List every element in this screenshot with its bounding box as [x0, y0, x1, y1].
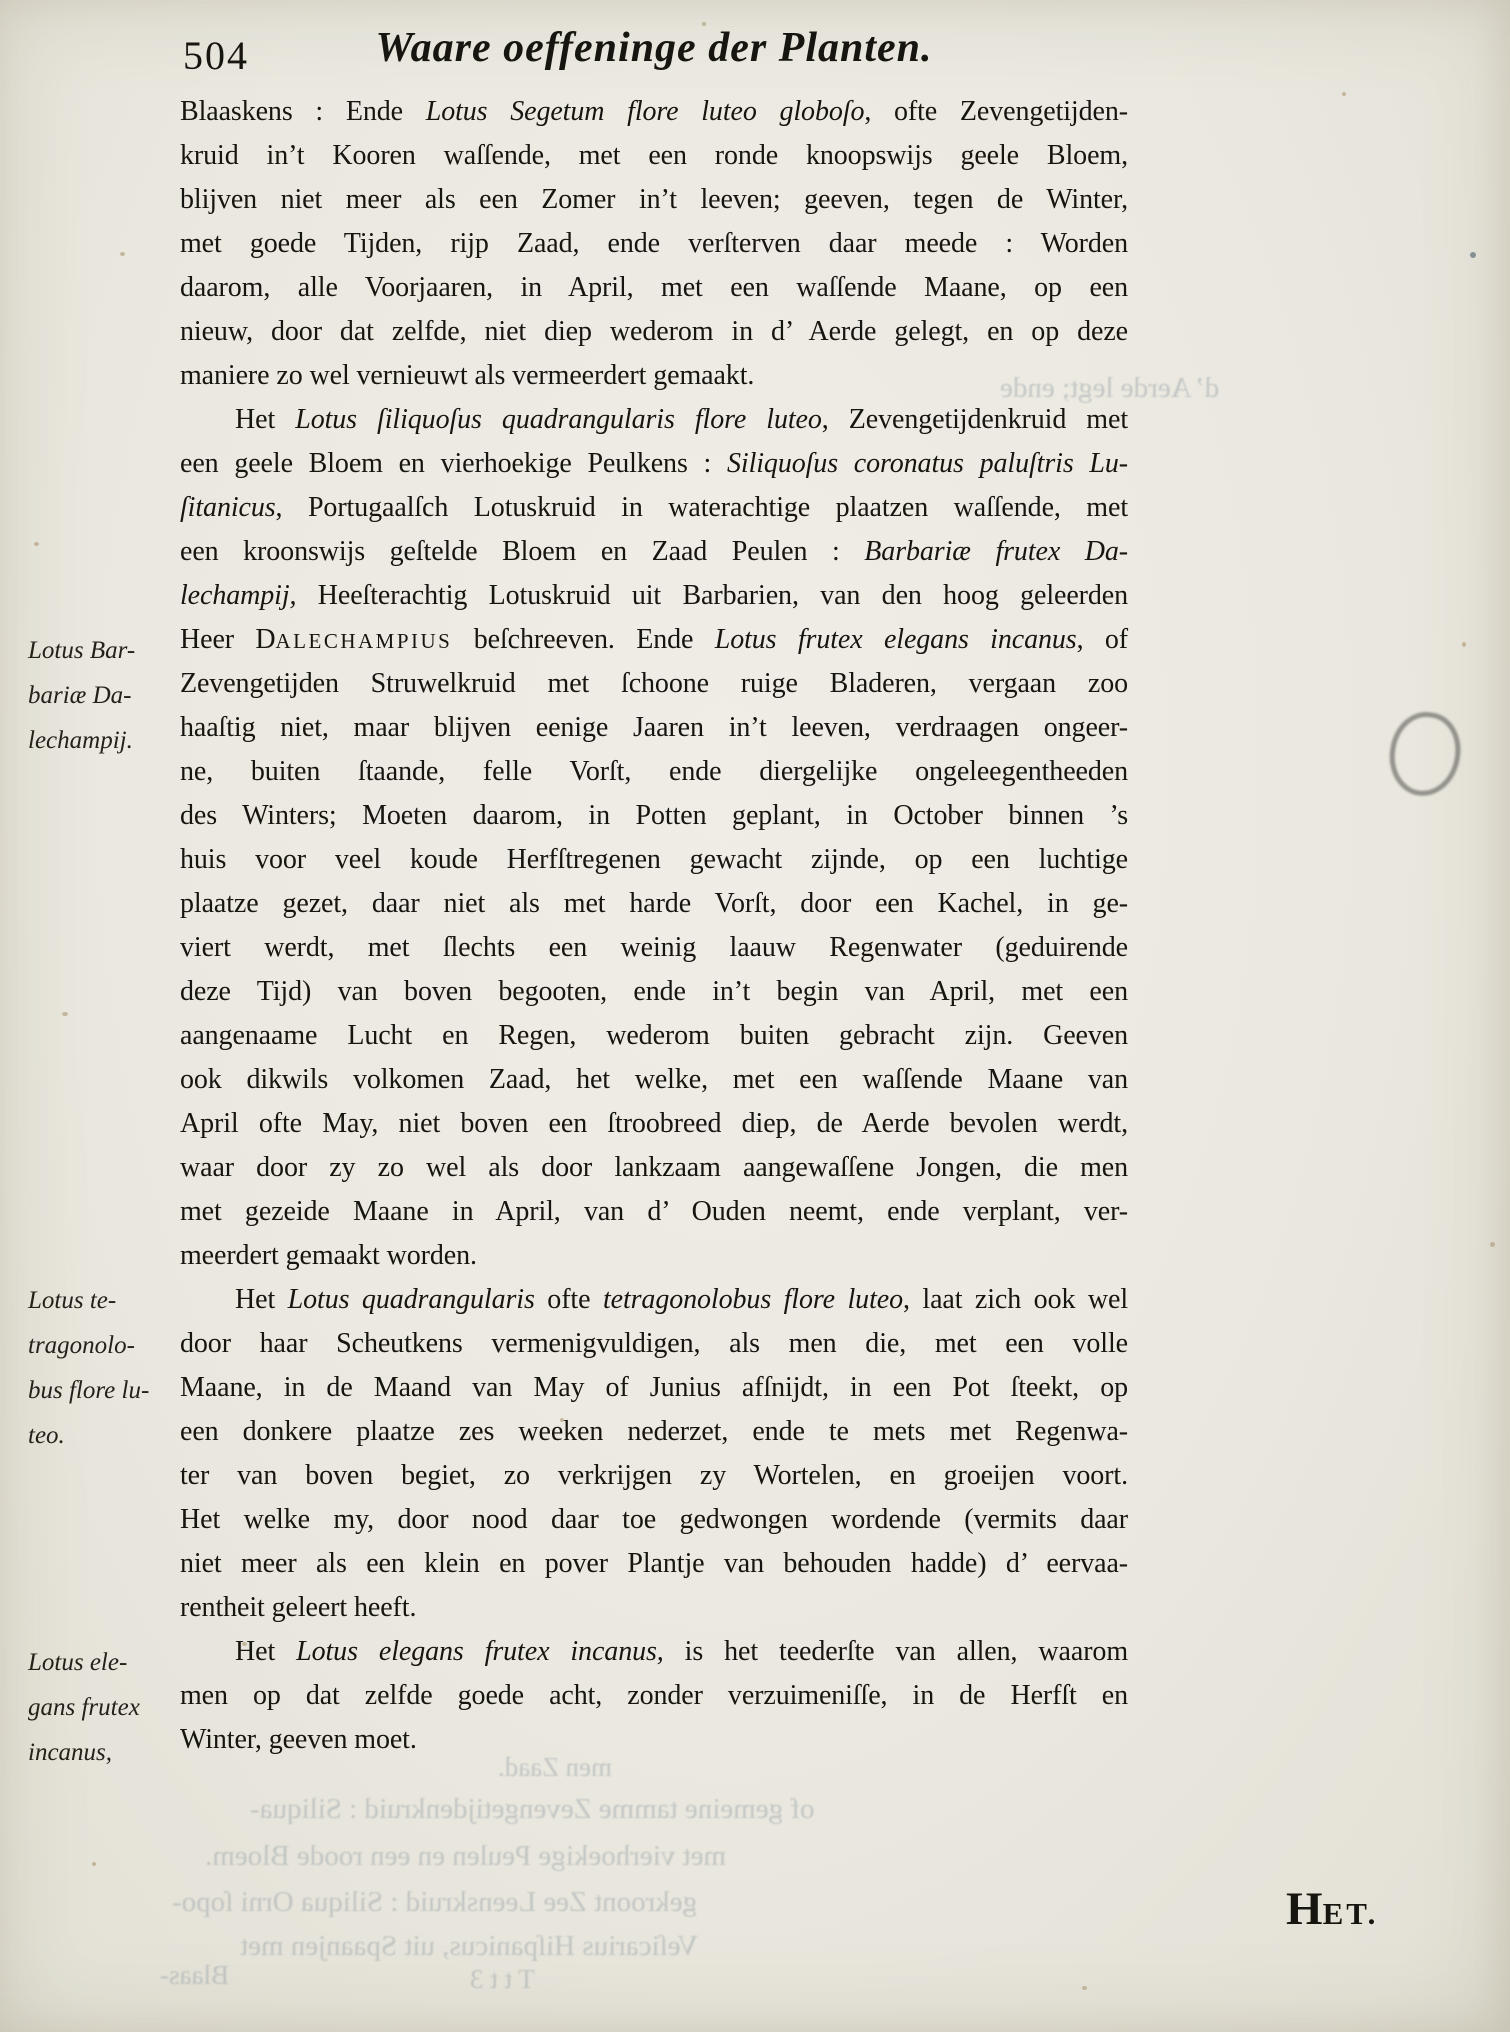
body-line: deze Tijd) van boven begooten, ende in’t… — [180, 970, 1128, 1014]
page-header: 504 Waare oeffeninge der Planten. — [180, 24, 1128, 88]
catchword-cap: H — [1286, 1883, 1323, 1935]
body-line: niet meer als een klein en pover Plantje… — [180, 1542, 1128, 1586]
text-segment: met goede Tijden, rijp Zaad, ende verſte… — [180, 228, 1128, 259]
text-segment: daarom, alle Voorjaaren, in April, met e… — [180, 272, 1128, 303]
text-segment: ofte — [535, 1284, 603, 1315]
paper-speckle — [1082, 1986, 1087, 1990]
margin-note-line: lechampij. — [28, 718, 180, 763]
body-line: Het welke my, door nood daar toe gedwong… — [180, 1498, 1128, 1542]
body-line: een kroonswijs geſtelde Bloem en Zaad Pe… — [180, 530, 1128, 574]
paper-speckle — [1490, 1242, 1495, 1247]
text-segment: Maane, in de Maand van May of Junius afſ… — [180, 1372, 1128, 1403]
body-line: viert werdt, met ſlechts een weinig laau… — [180, 926, 1128, 970]
catchword: HET. — [1286, 1882, 1378, 1936]
body-line: ne, buiten ſtaande, felle Vorſt, ende di… — [180, 750, 1128, 794]
margin-note-line: Lotus Bar- — [28, 628, 180, 673]
body-line: door haar Scheutkens vermenigvuldigen, a… — [180, 1322, 1128, 1366]
text-segment: Lotus Segetum flore luteo globoſo — [426, 96, 865, 127]
bleedthrough-line: met vierhoekige Peulen en een roode Bloe… — [205, 1840, 726, 1873]
paper-speckle — [34, 542, 39, 546]
page: 504 Waare oeffeninge der Planten. Blaask… — [0, 0, 1510, 2032]
body-line: Het Lotus elegans frutex incanus, is het… — [180, 1630, 1128, 1674]
text-segment: rentheit geleert heeft. — [180, 1592, 416, 1623]
text-segment: ook dikwils volkomen Zaad, het welke, me… — [180, 1064, 1128, 1095]
body-line: met gezeide Maane in April, van d’ Ouden… — [180, 1190, 1128, 1234]
catchword-rest: ET. — [1323, 1896, 1379, 1931]
body-line: huis voor veel koude Herfſtregenen gewac… — [180, 838, 1128, 882]
text-segment: Heeſterachtig Lotuskruid uit Barbarien, … — [296, 580, 1128, 611]
body-line: blijven niet meer als een Zomer in’t lee… — [180, 178, 1128, 222]
text-segment: Lotus quadrangularis — [288, 1284, 535, 1315]
margin-note-line: teo. — [28, 1413, 180, 1458]
body-line: meerdert gemaakt worden. — [180, 1234, 1128, 1278]
body-line: kruid in’t Kooren waſſende, met een rond… — [180, 134, 1128, 178]
text-segment: blijven niet meer als een Zomer in’t lee… — [180, 184, 1128, 215]
text-segment: meerdert gemaakt worden. — [180, 1240, 477, 1271]
text-segment: Het — [235, 404, 295, 435]
text-segment: met gezeide Maane in April, van d’ Ouden… — [180, 1196, 1128, 1227]
body-line: Blaaskens : Ende Lotus Segetum flore lut… — [180, 90, 1128, 134]
text-segment: waar door zy zo wel als door lankzaam aa… — [180, 1152, 1128, 1183]
text-segment: Het — [235, 1284, 288, 1315]
margin-note-line: Lotus te- — [28, 1278, 180, 1323]
body-line: lechampij, Heeſterachtig Lotuskruid uit … — [180, 574, 1128, 618]
text-segment: des Winters; Moeten daarom, in Potten ge… — [180, 800, 1128, 831]
body-line: maniere zo wel vernieuwt als vermeerdert… — [180, 354, 1128, 398]
text-segment: Siliquoſus coronatus paluſtris Lu- — [727, 448, 1128, 479]
bleedthrough-line: Veſicarius Hiſpanicus, uit Spaanjen met — [240, 1930, 698, 1963]
text-segment: , Portugaalſch Lotuskruid in waterachtig… — [276, 492, 1128, 523]
body-line: Zevengetijden Struwelkruid met ſchoone r… — [180, 662, 1128, 706]
margin-note-line: tragonolo- — [28, 1323, 180, 1368]
text-segment: tetragonolobus flore luteo — [603, 1284, 903, 1315]
body-line: nieuw, door dat zelfde, niet diep wedero… — [180, 310, 1128, 354]
text-segment: Lotus frutex elegans incanus — [715, 624, 1077, 655]
text-segment: kruid in’t Kooren waſſende, met een rond… — [180, 140, 1128, 171]
text-segment: een donkere plaatze zes weeken nederzet,… — [180, 1416, 1128, 1447]
bleedthrough-line: gekroont Zee Leenskruid : Siliqua Orni ſ… — [172, 1886, 697, 1919]
margin-note: Lotus ele-gans frutexincanus, — [28, 1640, 180, 1775]
text-segment: Lotus elegans frutex incanus, — [296, 1636, 664, 1667]
paper-speckle — [1342, 92, 1346, 96]
text-segment: ter van boven begiet, zo verkrijgen zy W… — [180, 1460, 1128, 1491]
text-segment: April ofte May, niet boven een ſtroobree… — [180, 1108, 1128, 1139]
text-segment: lechampij, — [180, 580, 296, 611]
text-segment: , ofte Zevengetijden- — [864, 96, 1128, 127]
paper-speckle — [92, 1862, 96, 1866]
body-line: waar door zy zo wel als door lankzaam aa… — [180, 1146, 1128, 1190]
text-segment: men op dat zelfde goede acht, zonder ver… — [180, 1680, 1128, 1711]
body-line: een donkere plaatze zes weeken nederzet,… — [180, 1410, 1128, 1454]
text-segment: haaſtig niet, maar blijven eenige Jaaren… — [180, 712, 1128, 743]
body-line: Het Lotus quadrangularis ofte tetragonol… — [180, 1278, 1128, 1322]
text-segment: Het — [235, 1636, 296, 1667]
body-line: aangenaame Lucht en Regen, wederom buite… — [180, 1014, 1128, 1058]
text-segment: Het welke my, door nood daar toe gedwong… — [180, 1504, 1128, 1535]
paper-speckle — [120, 252, 125, 256]
margin-note-line: incanus, — [28, 1730, 180, 1775]
body-line: ter van boven begiet, zo verkrijgen zy W… — [180, 1454, 1128, 1498]
ink-blot — [1384, 708, 1465, 801]
paper-speckle — [62, 1012, 68, 1016]
body-line: rentheit geleert heeft. — [180, 1586, 1128, 1630]
body-line: April ofte May, niet boven een ſtroobree… — [180, 1102, 1128, 1146]
paper-speckle — [702, 22, 706, 26]
text-segment: deze Tijd) van boven begooten, ende in’t… — [180, 976, 1128, 1007]
margin-note: Lotus te-tragonolo-bus flore lu-teo. — [28, 1278, 180, 1458]
body-line: daarom, alle Voorjaaren, in April, met e… — [180, 266, 1128, 310]
text-segment: Barbariæ frutex Da- — [864, 536, 1128, 567]
margin-note-line: gans frutex — [28, 1685, 180, 1730]
text-segment: , Zevengetijdenkruid met — [822, 404, 1128, 435]
body-line: Het Lotus ſiliquoſus quadrangularis flor… — [180, 398, 1128, 442]
body-line: Maane, in de Maand van May of Junius afſ… — [180, 1366, 1128, 1410]
paper-speckle — [1470, 252, 1476, 258]
bleedthrough-line: T t t 3 — [470, 1964, 535, 1995]
body-line: met goede Tijden, rijp Zaad, ende verſte… — [180, 222, 1128, 266]
text-segment: plaatze gezet, daar niet als met harde V… — [180, 888, 1128, 919]
body-line: ſitanicus, Portugaalſch Lotuskruid in wa… — [180, 486, 1128, 530]
text-segment: Heer D — [180, 624, 276, 655]
text-segment: , of — [1077, 624, 1128, 655]
text-segment: Lotus ſiliquoſus quadrangularis flore lu… — [295, 404, 822, 435]
text-segment: Zevengetijden Struwelkruid met ſchoone r… — [180, 668, 1128, 699]
margin-note-line: bariæ Da- — [28, 673, 180, 718]
body-line: een geele Bloem en vierhoekige Peulkens … — [180, 442, 1128, 486]
paper-speckle — [560, 1418, 564, 1422]
text-segment: niet meer als een klein en pover Plantje… — [180, 1548, 1128, 1579]
body-line: Winter, geeven moet. — [180, 1718, 1128, 1762]
text-segment: huis voor veel koude Herfſtregenen gewac… — [180, 844, 1128, 875]
text-segment: een geele Bloem en vierhoekige Peulkens … — [180, 448, 727, 479]
text-segment: ALECHAMPIUS — [276, 629, 453, 653]
body-line: men op dat zelfde goede acht, zonder ver… — [180, 1674, 1128, 1718]
text-segment: door haar Scheutkens vermenigvuldigen, a… — [180, 1328, 1128, 1359]
text-segment: Blaaskens : Ende — [180, 96, 426, 127]
text-segment: beſchreeven. Ende — [452, 624, 714, 655]
text-segment: viert werdt, met ſlechts een weinig laau… — [180, 932, 1128, 963]
body-line: haaſtig niet, maar blijven eenige Jaaren… — [180, 706, 1128, 750]
margin-note-line: Lotus ele- — [28, 1640, 180, 1685]
paper-speckle — [1462, 642, 1466, 647]
text-segment: is het teederſte van allen, waarom — [664, 1636, 1128, 1667]
text-segment: , laat zich ook wel — [903, 1284, 1128, 1315]
text-segment: ſitanicus — [180, 492, 276, 523]
text-segment: ne, buiten ſtaande, felle Vorſt, ende di… — [180, 756, 1128, 787]
body-line: ook dikwils volkomen Zaad, het welke, me… — [180, 1058, 1128, 1102]
body-line: plaatze gezet, daar niet als met harde V… — [180, 882, 1128, 926]
body-text: Blaaskens : Ende Lotus Segetum flore lut… — [180, 90, 1128, 1762]
text-segment: aangenaame Lucht en Regen, wederom buite… — [180, 1020, 1128, 1051]
margin-note-line: bus flore lu- — [28, 1368, 180, 1413]
text-segment: Winter, geeven moet. — [180, 1724, 417, 1755]
body-line: des Winters; Moeten daarom, in Potten ge… — [180, 794, 1128, 838]
paper-speckle — [242, 1642, 247, 1646]
bleedthrough-line: Blaas- — [160, 1960, 229, 1991]
text-segment: nieuw, door dat zelfde, niet diep wedero… — [180, 316, 1128, 347]
margin-note: Lotus Bar-bariæ Da-lechampij. — [28, 628, 180, 763]
bleedthrough-line: of gemeine tamme Zevengetijdenkruid : Si… — [250, 1793, 815, 1826]
page-title: Waare oeffeninge der Planten. — [180, 24, 1128, 72]
body-line: Heer DALECHAMPIUS beſchreeven. Ende Lotu… — [180, 618, 1128, 662]
text-segment: een kroonswijs geſtelde Bloem en Zaad Pe… — [180, 536, 864, 567]
text-segment: maniere zo wel vernieuwt als vermeerdert… — [180, 360, 754, 391]
